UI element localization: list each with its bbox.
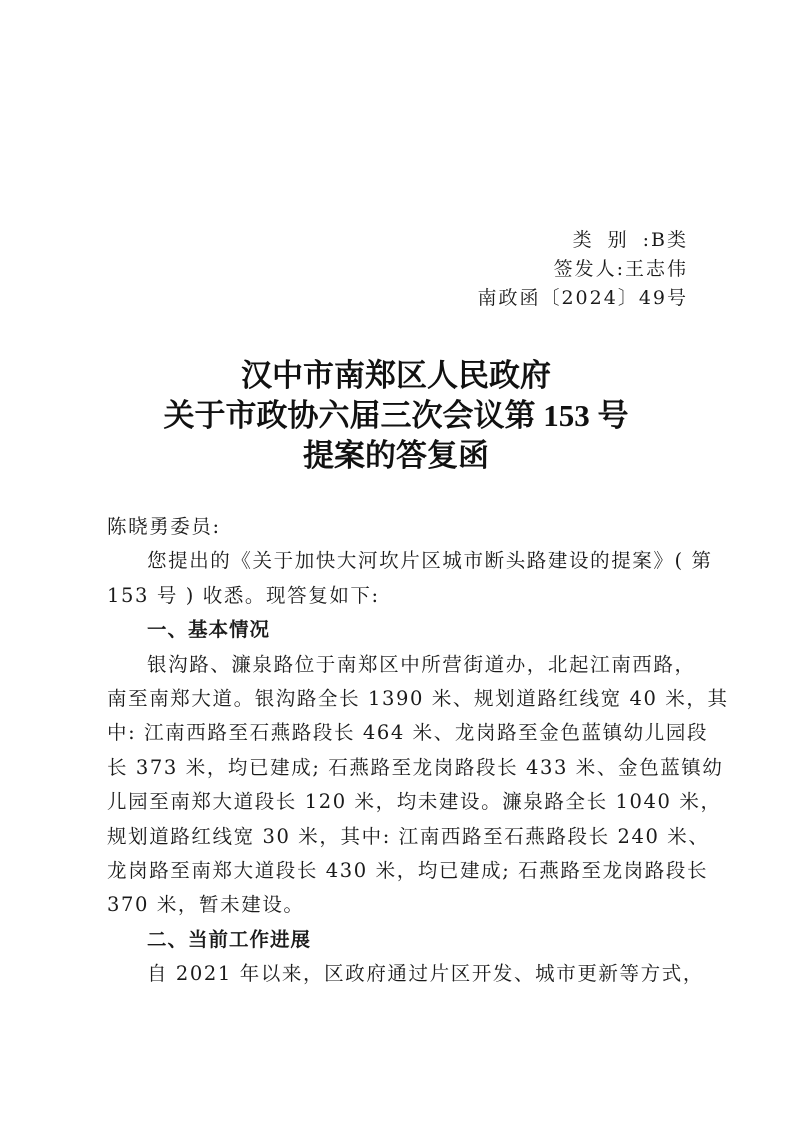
- paragraph-line: 自 2021 年以来，区政府通过片区开发、城市更新等方式，: [107, 957, 697, 991]
- title-line-2: 关于市政协六届三次会议第 153 号: [0, 396, 792, 436]
- document-meta: 类别:B类 签发人:王志伟 南政函〔2024〕49号: [477, 226, 688, 313]
- paragraph-line: 龙岗路至南郑大道段长 430 米，均已建成; 石燕路至龙岗路段长: [107, 854, 697, 888]
- issuer-value: 王志伟: [625, 258, 688, 280]
- category-value: B类: [651, 229, 688, 251]
- paragraph-line: 规划道路红线宽 30 米，其中: 江南西路至石燕路段长 240 米、: [107, 820, 697, 854]
- document-page: 类别:B类 签发人:王志伟 南政函〔2024〕49号 汉中市南郑区人民政府 关于…: [0, 0, 792, 1121]
- paragraph-line: 儿园至南郑大道段长 120 米，均未建设。濂泉路全长 1040 米，: [107, 785, 697, 819]
- title-line-1: 汉中市南郑区人民政府: [0, 356, 792, 396]
- document-title: 汉中市南郑区人民政府 关于市政协六届三次会议第 153 号 提案的答复函: [0, 356, 792, 476]
- intro-line: 您提出的《关于加快大河坎片区城市断头路建设的提案》( 第: [107, 544, 697, 578]
- category-line: 类别:B类: [477, 226, 688, 255]
- salutation: 陈晓勇委员:: [107, 510, 697, 544]
- title-line-3: 提案的答复函: [0, 436, 792, 476]
- paragraph-line: 370 米，暂未建设。: [107, 888, 697, 922]
- paragraph-line: 银沟路、濂泉路位于南郑区中所营街道办，北起江南西路，: [107, 648, 697, 682]
- issuer-line: 签发人:王志伟: [477, 255, 688, 284]
- paragraph-line: 南至南郑大道。银沟路全长 1390 米、规划道路红线宽 40 米，其: [107, 682, 697, 716]
- section-heading-current-progress: 二、当前工作进展: [107, 923, 697, 957]
- document-body: 陈晓勇委员: 您提出的《关于加快大河坎片区城市断头路建设的提案》( 第 153 …: [107, 510, 697, 991]
- issuer-label: 签发人:: [554, 258, 625, 280]
- document-number: 南政函〔2024〕49号: [477, 284, 688, 313]
- paragraph-line: 中: 江南西路至石燕路段长 464 米、龙岗路至金色蓝镇幼儿园段: [107, 716, 697, 750]
- paragraph-line: 长 373 米，均已建成; 石燕路至龙岗路段长 433 米、金色蓝镇幼: [107, 751, 697, 785]
- section-heading-basic-situation: 一、基本情况: [107, 613, 697, 647]
- intro-line: 153 号 ) 收悉。现答复如下:: [107, 579, 697, 613]
